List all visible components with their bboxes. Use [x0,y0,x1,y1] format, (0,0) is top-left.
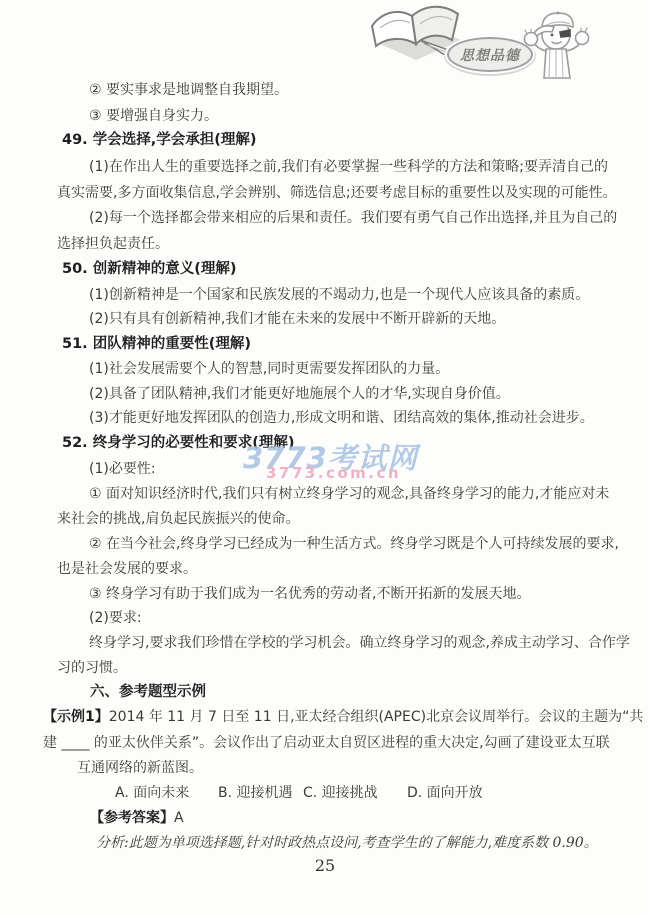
text-line: (1)创新精神是一个国家和民族发展的不竭动力,也是一个现代人应该具备的素质。 [89,287,589,304]
line-text: (3)才能更好地发挥团队的创造力,形成文明和谐、团结高效的集体,推动社会进步。 [89,410,594,426]
line-text: ② 在当今社会,终身学习已经成为一种生活方式。终身学习既是个人可持续发展的要求, [89,536,619,552]
text-line: (2)只有具有创新精神,我们才能在未来的发展中不断开辟新的天地。 [89,311,505,328]
line-text: (1)在作出人生的重要选择之前,我们有必要掌握一些科学的方法和策略;要弄清自己的 [89,159,608,175]
line-text: (1)必要性: [89,461,156,477]
page-number: 25 [0,856,650,875]
text-line: (3)才能更好地发挥团队的创造力,形成文明和谐、团结高效的集体,推动社会进步。 [89,410,594,427]
line-text: D. 面向开放 [407,785,483,801]
text-line: 互通网络的新蓝图。 [77,760,203,777]
line-text: C. 迎接挑战 [303,785,378,801]
text-line: 终身学习,要求我们珍惜在学校的学习机会。确立终身学习的观念,养成主动学习、合作学 [89,635,630,652]
student-boy-icon [512,5,600,79]
text-line: (1)必要性: [89,461,156,478]
line-text: ② 要实事求是地调整自我期望。 [89,82,288,98]
line-text: 真实需要,多方面收集信息,学会辨别、筛选信息;还要考虑目标的重要性以及实现的可能… [57,185,617,201]
line-text: (2)每一个选择都会带来相应的后果和责任。我们要有勇气自己作出选择,并且为自己的 [89,210,617,226]
text-line: (2)每一个选择都会带来相应的后果和责任。我们要有勇气自己作出选择,并且为自己的 [89,210,617,227]
document-page: 思想品德 ② 要 [0,0,650,915]
text-line: (2)要求: [89,610,142,627]
line-text: 终身学习,要求我们珍惜在学校的学习机会。确立终身学习的观念,养成主动学习、合作学 [89,635,630,651]
subject-label: 思想品德 [460,45,520,65]
line-text: (2)具备了团队精神,我们才能更好地施展个人的才华,实现自身价值。 [89,386,510,402]
line-text: 来社会的挑战,肩负起民族振兴的使命。 [57,511,299,527]
text-line: 【示例1】2014 年 11 月 7 日至 11 日,亚太经合组织(APEC)北… [43,709,643,726]
line-text: 建 ____ 的亚太伙伴关系”。会议作出了启动亚太自贸区进程的重大决定,勾画了建… [43,735,610,751]
text-line: 选择担负起责任。 [57,236,169,253]
line-text: 选择担负起责任。 [57,236,169,252]
line-text: 分析:此题为单项选择题,针对时政热点设问,考查学生的了解能力,难度系数 0.90… [96,835,598,851]
text-line: 建 ____ 的亚太伙伴关系”。会议作出了启动亚太自贸区进程的重大决定,勾画了建… [43,735,610,752]
line-text: (1)创新精神是一个国家和民族发展的不竭动力,也是一个现代人应该具备的素质。 [89,287,589,303]
text-line: ③ 要增强自身实力。 [89,108,218,125]
watermark-site-url: 3773.com.cn [266,464,401,482]
line-text: 50. 创新精神的意义(理解) [62,261,237,277]
line-text: (2)要求: [89,610,142,626]
line-text: A [174,810,184,826]
text-line: 真实需要,多方面收集信息,学会辨别、筛选信息;还要考虑目标的重要性以及实现的可能… [57,185,617,202]
heading-line: 51. 团队精神的重要性(理解) [62,336,251,353]
text-line: 【参考答案】A [90,810,184,827]
line-text: 六、参考题型示例 [90,684,206,700]
line-text: ③ 终身学习有助于我们成为一名优秀的劳动者,不断开拓新的发展天地。 [89,586,530,602]
text-line: (2)具备了团队精神,我们才能更好地施展个人的才华,实现自身价值。 [89,386,510,403]
text-line: A. 面向未来 [115,785,189,802]
text-line: (1)在作出人生的重要选择之前,我们有必要掌握一些科学的方法和策略;要弄清自己的 [89,159,608,176]
bracket-label: 【示例1】 [43,709,109,725]
line-text: 49. 学会选择,学会承担(理解) [62,132,257,148]
line-text: 习的习惯。 [57,660,127,676]
text-line: ③ 终身学习有助于我们成为一名优秀的劳动者,不断开拓新的发展天地。 [89,586,530,603]
line-text: ① 面对知识经济时代,我们只有树立终身学习的观念,具备终身学习的能力,才能应对未 [89,486,609,502]
line-text: (2)只有具有创新精神,我们才能在未来的发展中不断开辟新的天地。 [89,311,505,327]
line-text: 51. 团队精神的重要性(理解) [62,336,251,352]
text-line: ① 面对知识经济时代,我们只有树立终身学习的观念,具备终身学习的能力,才能应对未 [89,486,609,503]
header-illustration: 思想品德 [0,0,650,82]
heading-line: 49. 学会选择,学会承担(理解) [62,132,257,149]
analysis-line: 分析:此题为单项选择题,针对时政热点设问,考查学生的了解能力,难度系数 0.90… [96,835,598,852]
text-line: ② 要实事求是地调整自我期望。 [89,82,288,99]
text-line: 习的习惯。 [57,660,127,677]
text-line: (1)社会发展需要个人的智慧,同时更需要发挥团队的力量。 [89,361,449,378]
text-line: 也是社会发展的要求。 [57,561,197,578]
text-line: 来社会的挑战,肩负起民族振兴的使命。 [57,511,299,528]
line-text: ③ 要增强自身实力。 [89,108,218,124]
line-text: A. 面向未来 [115,785,189,801]
line-text: 2014 年 11 月 7 日至 11 日,亚太经合组织(APEC)北京会议周举… [109,709,644,725]
text-line: C. 迎接挑战 [303,785,378,802]
line-text: 也是社会发展的要求。 [57,561,197,577]
heading-line: 50. 创新精神的意义(理解) [62,261,237,278]
line-text: 互通网络的新蓝图。 [77,760,203,776]
text-line: ② 在当今社会,终身学习已经成为一种生活方式。终身学习既是个人可持续发展的要求, [89,536,619,553]
heading-line: 六、参考题型示例 [90,684,206,701]
line-text: (1)社会发展需要个人的智慧,同时更需要发挥团队的力量。 [89,361,449,377]
bracket-label: 【参考答案】 [90,810,174,826]
line-text: B. 迎接机遇 [218,785,293,801]
text-line: D. 面向开放 [407,785,483,802]
text-line: B. 迎接机遇 [218,785,293,802]
